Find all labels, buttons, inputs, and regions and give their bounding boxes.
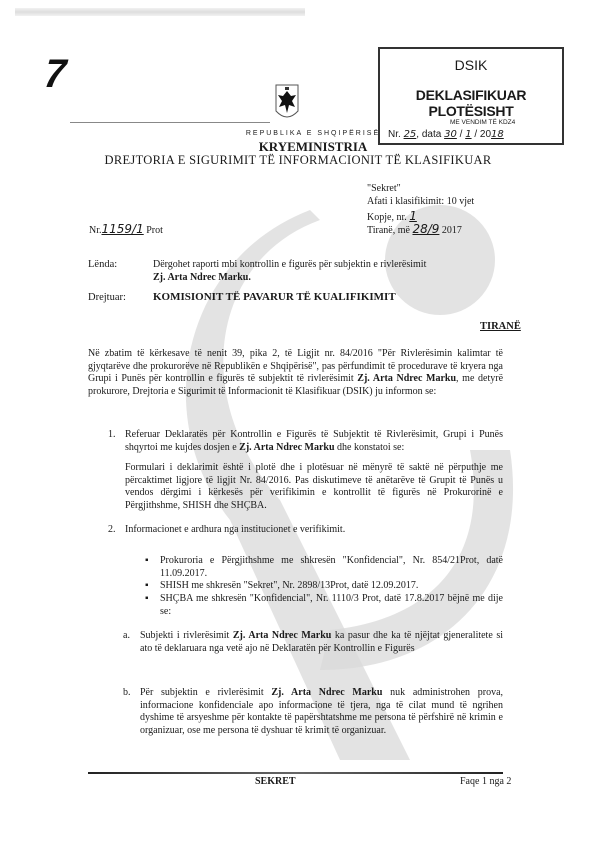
item-2-text: Informacionet e ardhura nga institucione… bbox=[125, 524, 503, 537]
albanian-eagle-emblem-icon bbox=[275, 83, 299, 123]
stamp-number: 25 bbox=[404, 129, 417, 140]
sub-item-letter: a. bbox=[123, 630, 130, 641]
stamp-number-date: Nr. 25, data 30 / 1 / 2018 bbox=[388, 129, 504, 140]
stamp-status: DEKLASIFIKUAR PLOTËSISHT bbox=[380, 87, 562, 119]
subject-name: Zj. Arta Ndrec Marku. bbox=[153, 272, 251, 283]
addressee-city: TIRANË bbox=[480, 321, 521, 332]
sub-item-a: Subjekti i rivlerësimit Zj. Arta Ndrec M… bbox=[140, 630, 503, 655]
item-1-detail: Formulari i deklarimit është i plotë dhe… bbox=[125, 462, 503, 512]
item-1-text: Referuar Deklaratës për Kontrollin e Fig… bbox=[125, 429, 503, 454]
directorate-name: DREJTORIA E SIGURIMIT TË INFORMACIONIT T… bbox=[0, 153, 596, 168]
bullet-icon: ▪ bbox=[145, 580, 149, 591]
header-rule bbox=[70, 122, 270, 123]
bullet-item: Prokuroria e Përgjithshme me shkresën "K… bbox=[160, 555, 503, 580]
addressee-label: Drejtuar: bbox=[88, 292, 126, 303]
copy-number: Kopje, nr. 1 bbox=[367, 209, 417, 223]
classification-level: "Sekret" bbox=[367, 183, 401, 194]
classification-term: Afati i klasifikimit: 10 vjet bbox=[367, 196, 474, 207]
footer-rule bbox=[88, 772, 503, 774]
handwritten-mark: 7 bbox=[38, 52, 72, 97]
stamp-org: DSIK bbox=[380, 57, 562, 73]
stamp-decision: ME VENDIM TË KDZ4 bbox=[450, 119, 515, 126]
footer-classification: SEKRET bbox=[255, 776, 296, 787]
subject-text: Dërgohet raporti mbi kontrollin e figurë… bbox=[153, 259, 426, 270]
item-number: 2. bbox=[108, 524, 116, 535]
bullet-icon: ▪ bbox=[145, 555, 149, 566]
bullet-icon: ▪ bbox=[145, 593, 149, 604]
intro-paragraph: Në zbatim të kërkesave të nenit 39, pika… bbox=[88, 348, 503, 398]
subject-label: Lënda: bbox=[88, 259, 117, 270]
item-number: 1. bbox=[108, 429, 116, 440]
place-date: Tiranë, më 28/9 2017 bbox=[367, 222, 462, 236]
declassification-stamp: DSIK DEKLASIFIKUAR PLOTËSISHT ME VENDIM … bbox=[378, 47, 564, 145]
sub-item-b: Për subjektin e rivlerësimit Zj. Arta Nd… bbox=[140, 687, 503, 737]
sub-item-letter: b. bbox=[123, 687, 131, 698]
bullet-item: SHÇBA me shkresën "Konfidencial", Nr. 11… bbox=[160, 593, 503, 618]
page-number: Faqe 1 nga 2 bbox=[460, 776, 511, 787]
addressee-text: KOMISIONIT TË PAVARUR TË KUALIFIKIMIT bbox=[153, 291, 396, 303]
protocol-number: Nr.1159/1 Prot bbox=[89, 222, 163, 236]
scan-artifact bbox=[15, 8, 305, 16]
bullet-item: SHISH me shkresën "Sekret", Nr. 2898/13P… bbox=[160, 580, 503, 593]
